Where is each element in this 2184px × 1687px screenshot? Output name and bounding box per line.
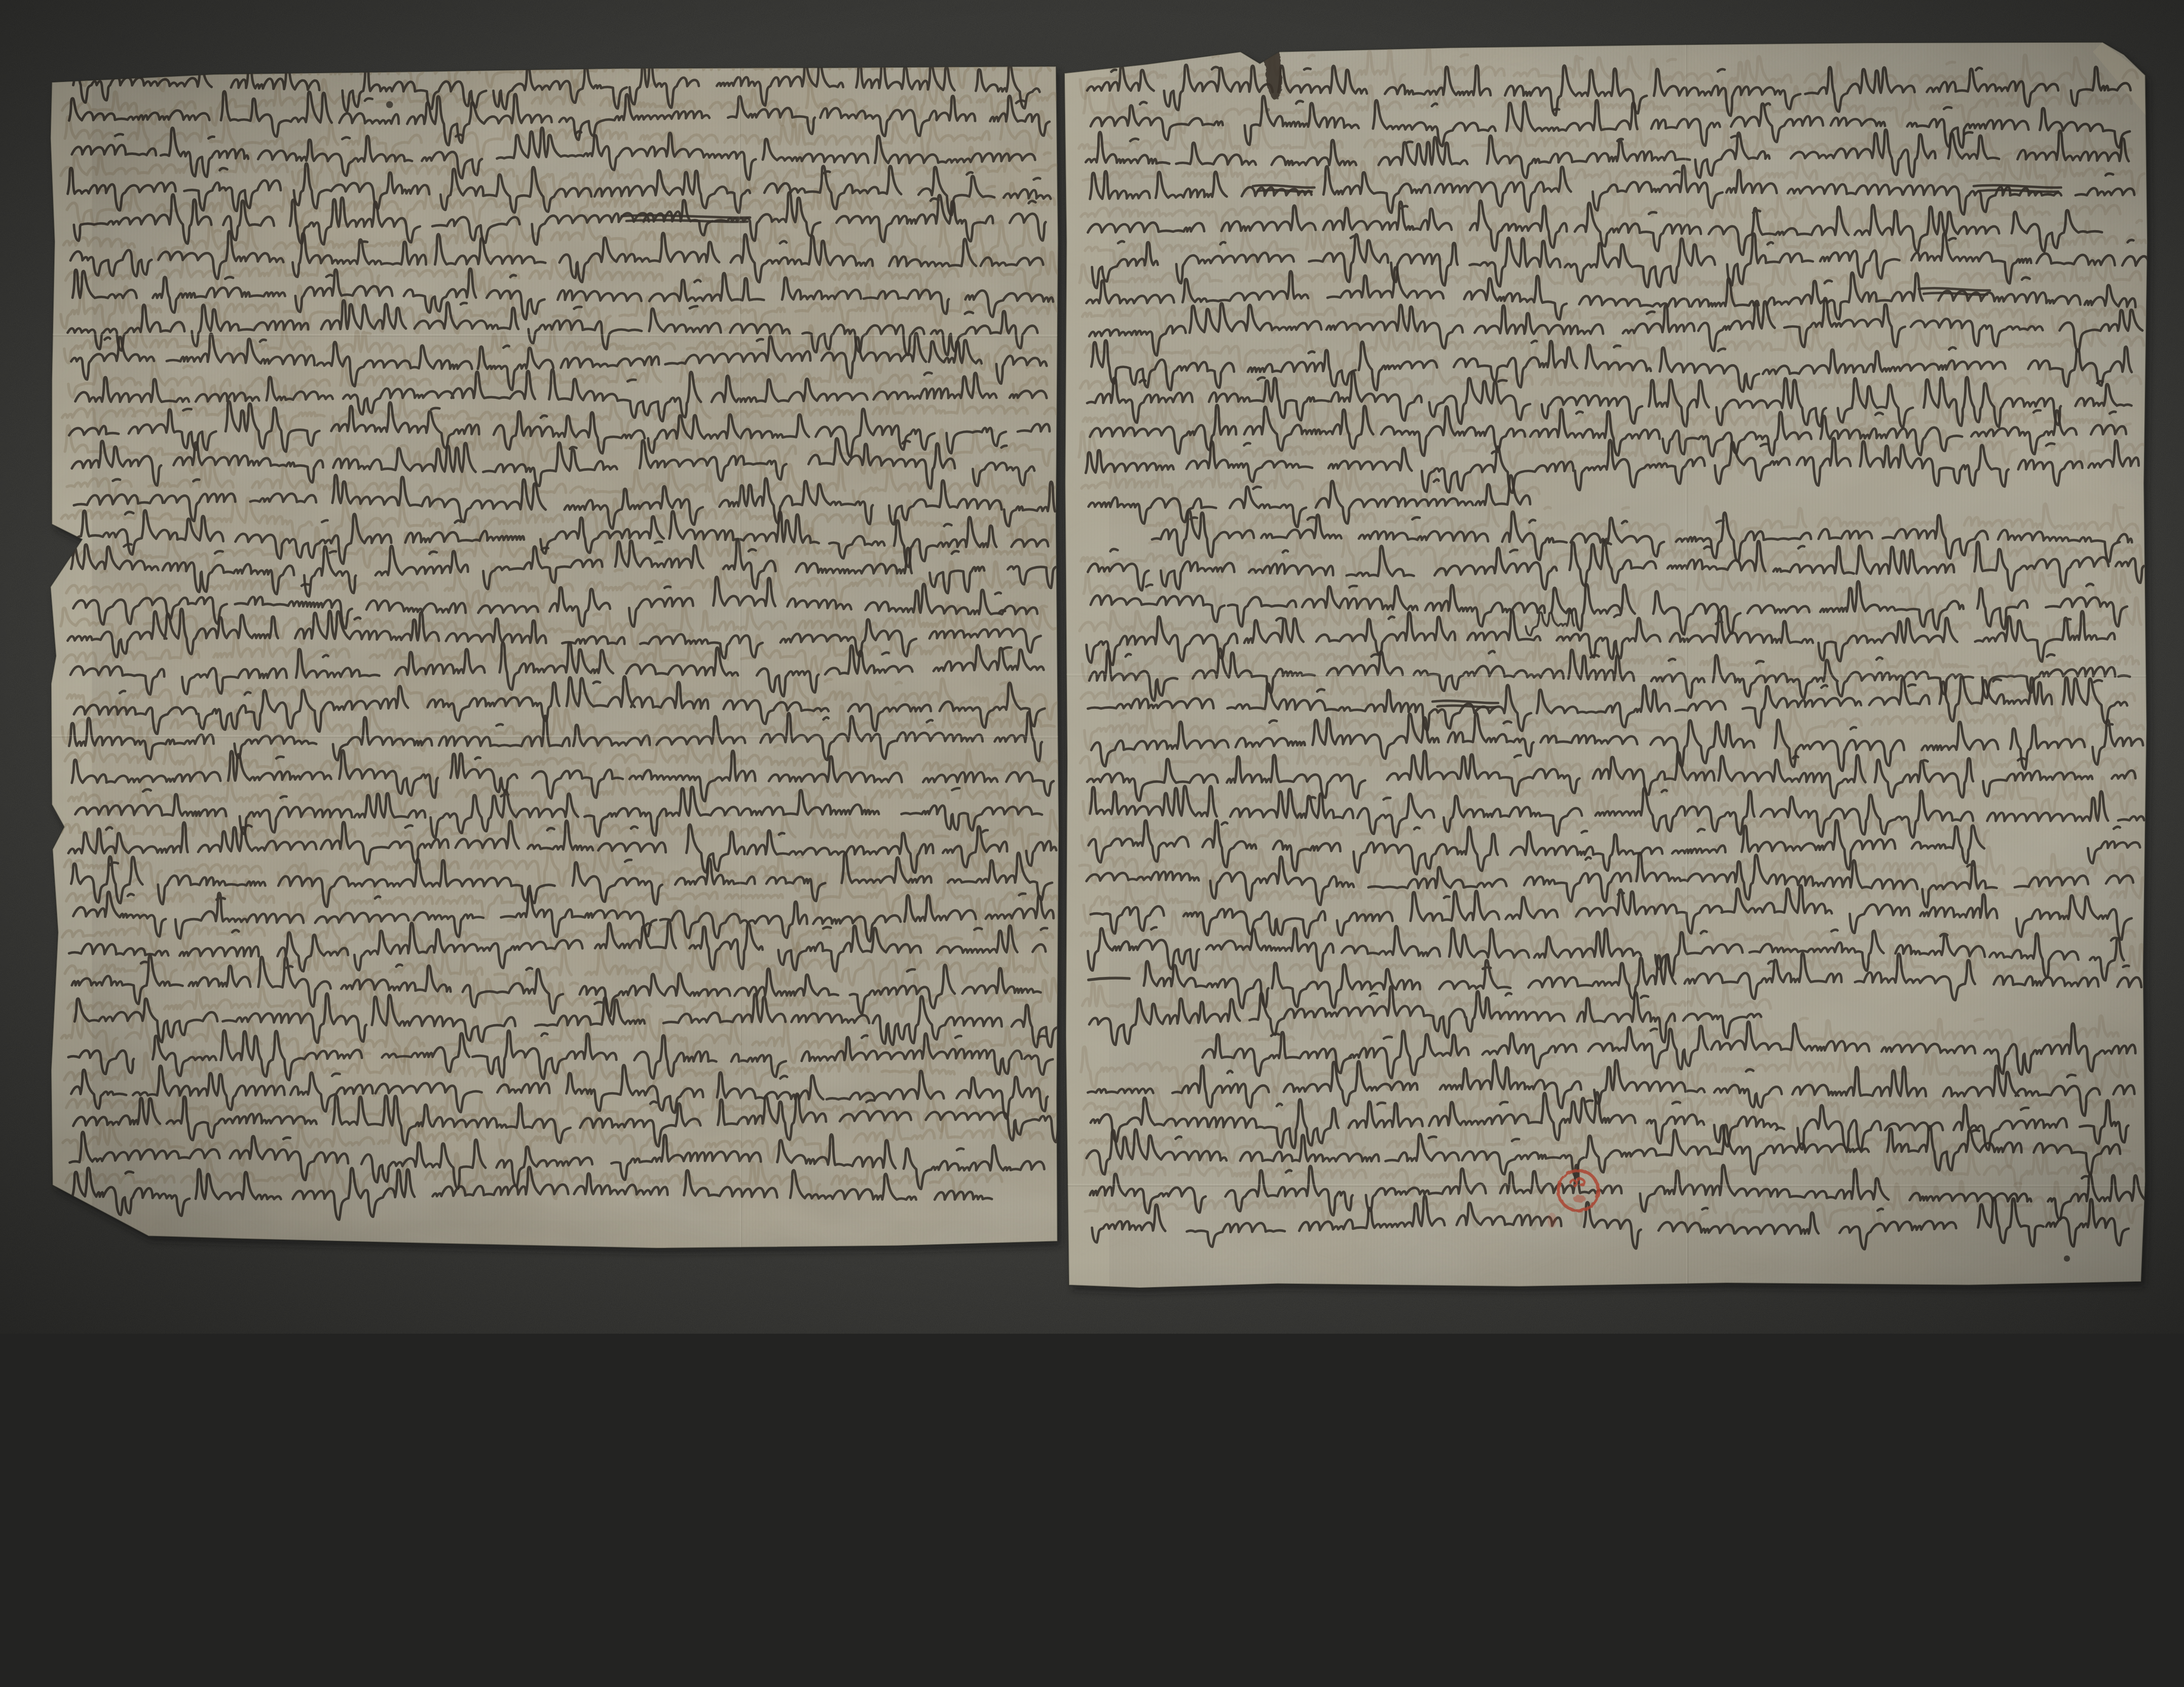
ink-speck [386,101,393,108]
ink-speck [2064,1256,2070,1262]
letter-photograph: Photograph of a two-page handwritten let… [0,0,2184,1334]
photo-stage: Photograph of a two-page handwritten let… [0,0,2184,1334]
stamp-smudge [1548,1213,1557,1228]
ink-blot-drip [1266,108,1270,111]
